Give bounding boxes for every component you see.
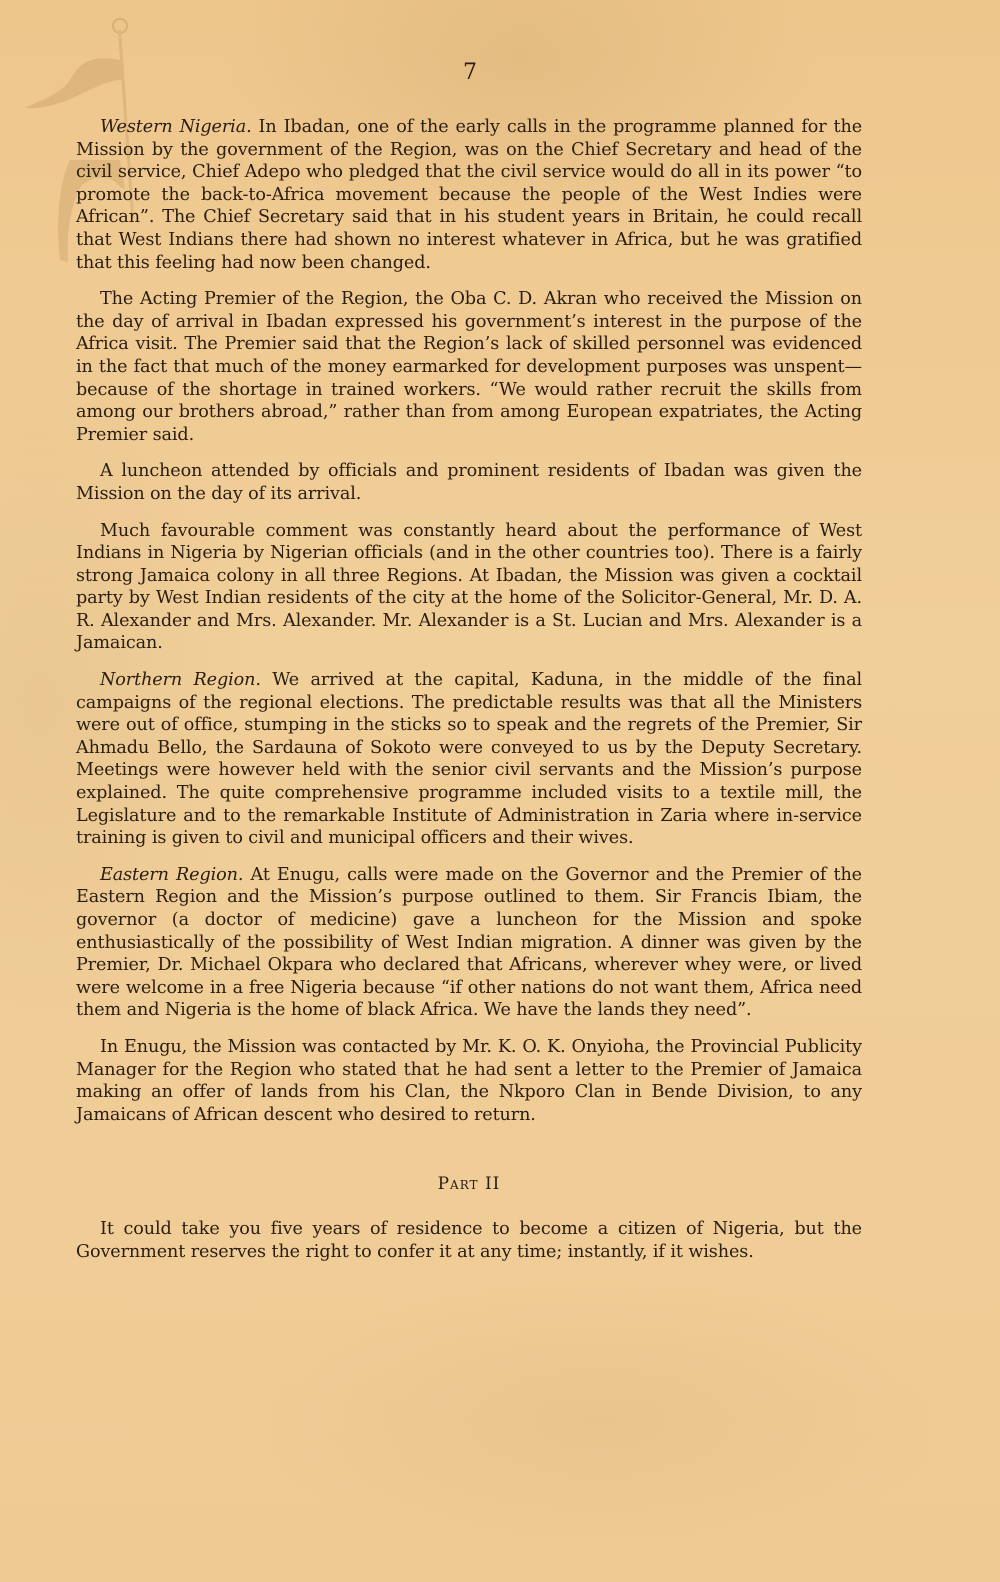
paragraph-citizenship: It could take you five years of residenc… xyxy=(76,1218,862,1263)
paragraph-text: We arrived at the capital, Kaduna, in th… xyxy=(76,670,862,848)
section-heading-part-ii: Part II xyxy=(76,1174,862,1194)
paragraph-lead: Northern Region. xyxy=(100,670,261,690)
page-number: 7 xyxy=(0,60,940,85)
paragraph-enugu-onyioha: In Enugu, the Mission was contacted by M… xyxy=(76,1036,862,1126)
paragraph-western-nigeria: Western Nigeria. In Ibadan, one of the e… xyxy=(76,116,862,274)
paragraph-text: A luncheon attended by officials and pro… xyxy=(76,461,862,504)
paragraph-favourable-comment: Much favourable comment was constantly h… xyxy=(76,520,862,656)
paragraph-lead: Eastern Region. xyxy=(100,865,243,885)
paragraph-text: Much favourable comment was constantly h… xyxy=(76,521,862,654)
paragraph-luncheon: A luncheon attended by officials and pro… xyxy=(76,460,862,505)
paragraph-text: In Enugu, the Mission was contacted by M… xyxy=(76,1037,862,1125)
paragraph-text: In Ibadan, one of the early calls in the… xyxy=(76,117,862,273)
document-body: Western Nigeria. In Ibadan, one of the e… xyxy=(76,116,862,1278)
paragraph-eastern-region: Eastern Region. At Enugu, calls were mad… xyxy=(76,864,862,1022)
paragraph-northern-region: Northern Region. We arrived at the capit… xyxy=(76,669,862,850)
paragraph-lead: Western Nigeria. xyxy=(100,117,252,137)
paragraph-text: At Enugu, calls were made on the Governo… xyxy=(76,865,862,1021)
paragraph-text: It could take you five years of residenc… xyxy=(76,1219,862,1262)
paragraph-text: The Acting Premier of the Region, the Ob… xyxy=(76,289,862,445)
paragraph-acting-premier: The Acting Premier of the Region, the Ob… xyxy=(76,288,862,446)
